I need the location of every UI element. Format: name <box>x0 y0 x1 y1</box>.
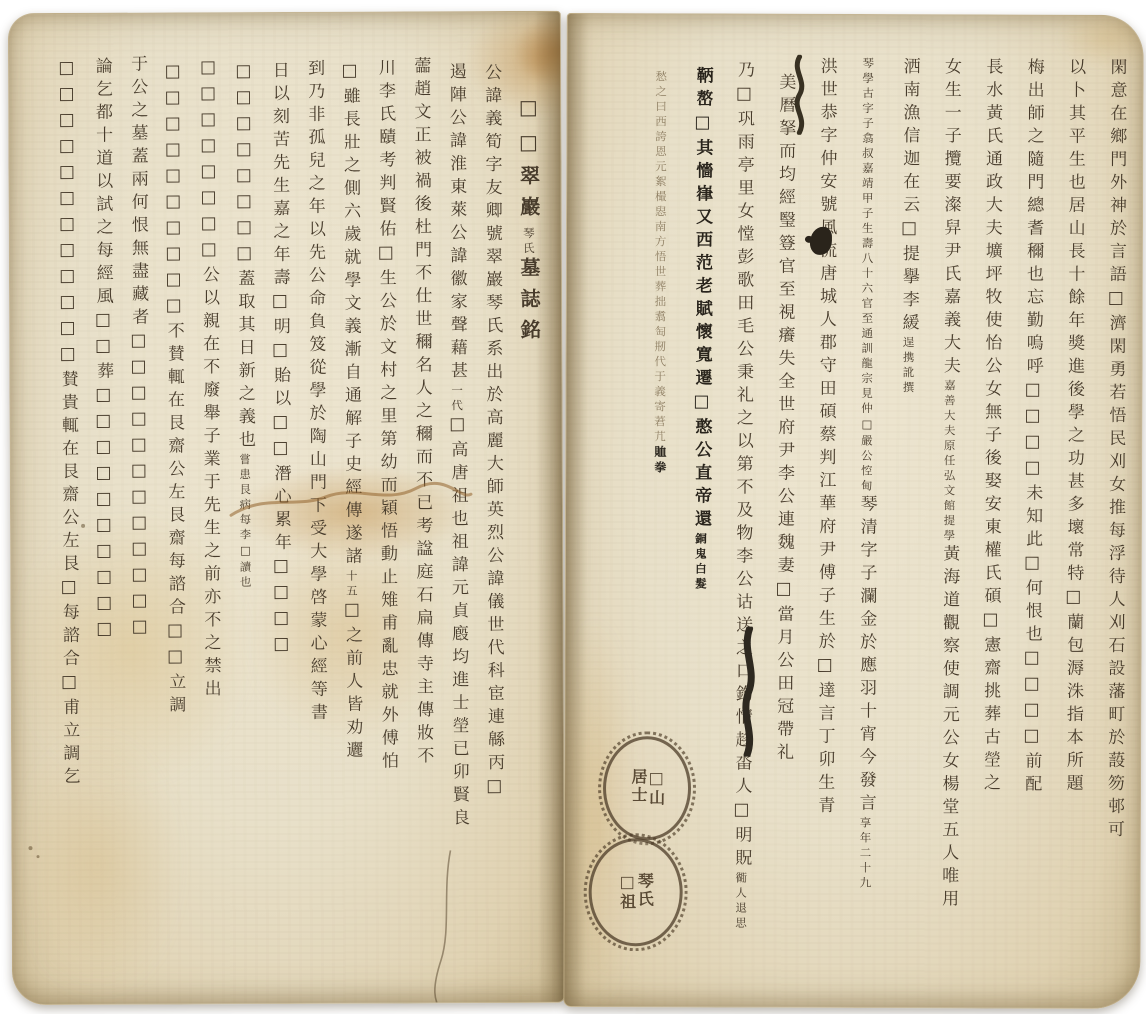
text-column: 公諱義筍字友卿號翠巖琴氏系出於高麗大師英烈公諱儀世代科宦連緜丙□ <box>481 38 505 972</box>
text-column: □□翠巖琴氏墓誌銘 <box>516 40 544 974</box>
text-run: 閑意在鄉門外神於言語□濟閑勇若悟民刈女推每浮待人刈石設藩町於蔎笏邨可 <box>1104 58 1127 843</box>
text-column: 美曆拏而均經瑿簦官至視癢失全世府尹李公連魏妻□當月公田冠帶礼 <box>772 43 796 979</box>
text-column: 梅出師之隨門總耆穪也忘勤嗚呼□□□□未知此□何恨也□□□□前配 <box>1020 44 1044 980</box>
text-run: 洒南漁信迦在云□提擧李緩 <box>899 57 920 336</box>
text-column: 川李氏賾考判賢佑□生公於文村之里第幼而穎悟動止雉甫亂忠就外傅怕 <box>374 41 398 975</box>
text-column: 遏陣公諱淮東萊公諱徽家聲藉甚一代□高唐祖也祖諱元貞廏均進士塋已卯賢良 <box>445 40 469 974</box>
text-column: 閑意在鄉門外神於言語□濟閑勇若悟民刈女推每浮待人刈石設藩町於蔎笏邨可 <box>1103 44 1127 980</box>
seal-bottom-text: 琴氏□祖 <box>618 872 653 912</box>
text-run: 美曆拏而均經瑿簦官至視癢失全世府尹李公連魏妻□當月公田冠帶礼 <box>773 73 795 766</box>
text-run: 長水黃氏通政大夫壙坪牧使怡公女無子後娶安東權氏碩□憲齋挑葬古塋之 <box>980 57 1003 796</box>
left-page-text: □□翠巖琴氏墓誌銘公諱義筍字友卿號翠巖琴氏系出於高麗大師英烈公諱儀世代科宦連緜丙… <box>19 38 544 974</box>
text-run: □高唐祖也祖諱元貞廏均進士塋已卯賢良 <box>447 414 469 831</box>
text-column: □雖長壯之側六歲就學文義漸自通解子史經傳遂諸十五□之前人皆劝邐 <box>339 39 363 973</box>
text-run: 琴清字子瀾金於應羽十宵今發言 <box>856 495 877 817</box>
text-run: □雖長壯之側六歲就學文義漸自通解子史經傳遂諸 <box>339 61 361 570</box>
text-run: 遏陣公諱淮東萊公諱徽家聲藉甚 <box>446 62 467 384</box>
text-run: 蘦趙文正被禍後杜門不仕世穪名人之穪而不已考諡庭石扁傳寺主傳妝不 <box>410 56 433 769</box>
text-run: 日以刻苦先生嘉之年壽□明□貽以□□潛心累年□□□□ <box>269 61 292 660</box>
text-column: 日以刻苦先生嘉之年壽□明□貽以□□潛心累年□□□□ <box>268 39 292 973</box>
text-run: □□□□□□□□□□□□賛貴輒在艮齋公左艮□每諮合□甫立調乞 <box>56 58 79 790</box>
text-column: □□□□□□□□□□□□賛貴輒在艮齋公左艮□每諮合□甫立調乞 <box>56 40 80 974</box>
text-column: 蘦趙文正被禍後杜門不仕世穪名人之穪而不已考諡庭石扁傳寺主傳妝不 <box>410 38 434 972</box>
seal-top-text: □山居士 <box>629 768 664 808</box>
text-run: 享年二十九 <box>858 817 872 892</box>
text-run: 十五 <box>345 570 359 600</box>
text-run: 公諱義筍字友卿號翠巖琴氏系出於高麗大師英烈公諱儀世代科宦連緜丙□ <box>481 63 504 802</box>
text-run: 賉拳 <box>653 445 667 476</box>
text-run: 黃海道觀察使調元公女楊堂五人唯用 <box>938 544 959 912</box>
text-run: □之前人皆劝邐 <box>342 600 363 764</box>
text-run: 女生一子攬要澯舁尹氏嘉義大夫 <box>940 57 961 379</box>
text-run: 愁之曰西誇恩元絮樶惥南方悟世葬拙翥匋剏代于義寄莙芁 <box>653 70 668 445</box>
text-run: □□□□□□□□公以親在不廢舉子業于先生之前亦不之禁出 <box>198 57 221 702</box>
text-column: 到乃非孤兒之年以先公命負笈從學於陶山門下受大學啓蒙心經等書 <box>304 41 328 975</box>
text-column: 女生一子攬要澯舁尹氏嘉義大夫嘉善大夫原任弘文館提學黃海道觀察使調元公女楊堂五人唯… <box>937 43 961 979</box>
text-run: □□翠巖 <box>516 95 541 227</box>
seal-stamp-top: □山居士 <box>603 736 691 840</box>
text-column: □□□□□□□□□□不賛輒在艮齋公左艮齋每諮合□□立調 <box>162 41 186 975</box>
text-run: 琴氏 <box>522 227 536 257</box>
text-run: 于公之墓蓋兩何恨無盡藏者□□□□□□□□□□□□ <box>127 55 150 643</box>
text-column: 鞆嶅□其懎嵂又西范老賦懷寬遷□憨公直帝還銅鬼白髮 <box>689 42 713 978</box>
text-run: 墓誌銘 <box>517 257 541 350</box>
text-column: 論乞都十道以試之每經風□□葬□□□□□□□□□□ <box>91 42 115 976</box>
text-run: 乃□巩雨亭里女憆彭歌田毛公秉礼之以第不及物李公诂送之口鉤情趍畓人□明貺 <box>731 61 754 872</box>
text-column: 琴學古字子翕叔嘉靖甲子生壽八十六官至通訓龍宗見仲□嚴公悾甸琴清字子瀾金於應羽十宵… <box>855 43 879 979</box>
text-column: 以卜其平生也居山長十餘年獎進後學之功甚多壞常特□蘭包溽洙指本所題 <box>1062 42 1086 978</box>
text-run: 琴學古字子翕叔嘉靖甲子生壽八十六官至通訓龍宗見仲□嚴公悾甸 <box>860 57 876 495</box>
text-run: 川李氏賾考判賢佑□生公於文村之里第幼而穎悟動止雉甫亂忠就外傅怕 <box>375 59 398 775</box>
text-run: 洪世恭字仲安號風流唐城人郡守田碩蔡判江華府尹傅子生於□達言丁卯生青 <box>814 57 837 819</box>
seal-stamp-bottom: 琴氏□祖 <box>588 838 682 946</box>
text-column: □□□□□□□□蓋取其日新之義也嘗患艮病每李□讀也 <box>233 41 257 975</box>
text-run: 梅出師之隨門總耆穪也忘勤嗚呼□□□□未知此□何恨也□□□□前配 <box>1021 58 1044 798</box>
text-run: 到乃非孤兒之年以先公命負笈從學於陶山門下受大學啓蒙心經等書 <box>304 59 327 726</box>
text-column: 乃□巩雨亭里女憆彭歌田毛公秉礼之以第不及物李公诂送之口鉤情趍畓人□明貺衚人退思 <box>730 41 754 977</box>
text-run: 嘗患艮病每李□讀也 <box>238 453 253 591</box>
text-run: 一代 <box>450 384 464 414</box>
text-column: 于公之墓蓋兩何恨無盡藏者□□□□□□□□□□□□ <box>127 40 151 974</box>
manuscript-left-page: □□翠巖琴氏墓誌銘公諱義筍字友卿號翠巖琴氏系出於高麗大師英烈公諱儀世代科宦連緜丙… <box>8 11 565 1005</box>
text-run: 衚人退思 <box>734 872 748 932</box>
text-run: 論乞都十道以試之每經風□□葬□□□□□□□□□□ <box>92 57 115 645</box>
manuscript-photograph: □□翠巖琴氏墓誌銘公諱義筍字友卿號翠巖琴氏系出於高麗大師英烈公諱儀世代科宦連緜丙… <box>0 0 1146 1014</box>
manuscript-right-page: 閑意在鄉門外神於言語□濟閑勇若悟民刈女推每浮待人刈石設藩町於蔎笏邨可以卜其平生也… <box>563 13 1143 1009</box>
text-column: 洪世恭字仲安號風流唐城人郡守田碩蔡判江華府尹傅子生於□達言丁卯生青 <box>813 41 837 977</box>
text-run: 以卜其平生也居山長十餘年獎進後學之功甚多壞常特□蘭包溽洙指本所題 <box>1063 58 1086 797</box>
text-column: 洒南漁信迦在云□提擧李緩逞携訛撰 <box>896 41 920 977</box>
text-run: □□□□□□□□□□不賛輒在艮齋公左艮齋每諮合□□立調 <box>163 61 186 718</box>
text-column: □□□□□□□□公以親在不廢舉子業于先生之前亦不之禁出 <box>197 39 221 973</box>
text-run: 銅鬼白髮 <box>694 532 708 592</box>
text-column: 長水黃氏通政大夫壙坪牧使怡公女無子後娶安東權氏碩□憲齋挑葬古塋之 <box>979 41 1003 977</box>
text-run: 鞆嶅□其懎嵂又西范老賦懷寬遷□憨公直帝還 <box>691 66 713 532</box>
text-run: □□□□□□□□蓋取其日新之義也 <box>233 61 255 453</box>
text-run: 逞携訛撰 <box>901 336 915 396</box>
text-run: 嘉善大夫原任弘文館提學 <box>942 379 957 544</box>
